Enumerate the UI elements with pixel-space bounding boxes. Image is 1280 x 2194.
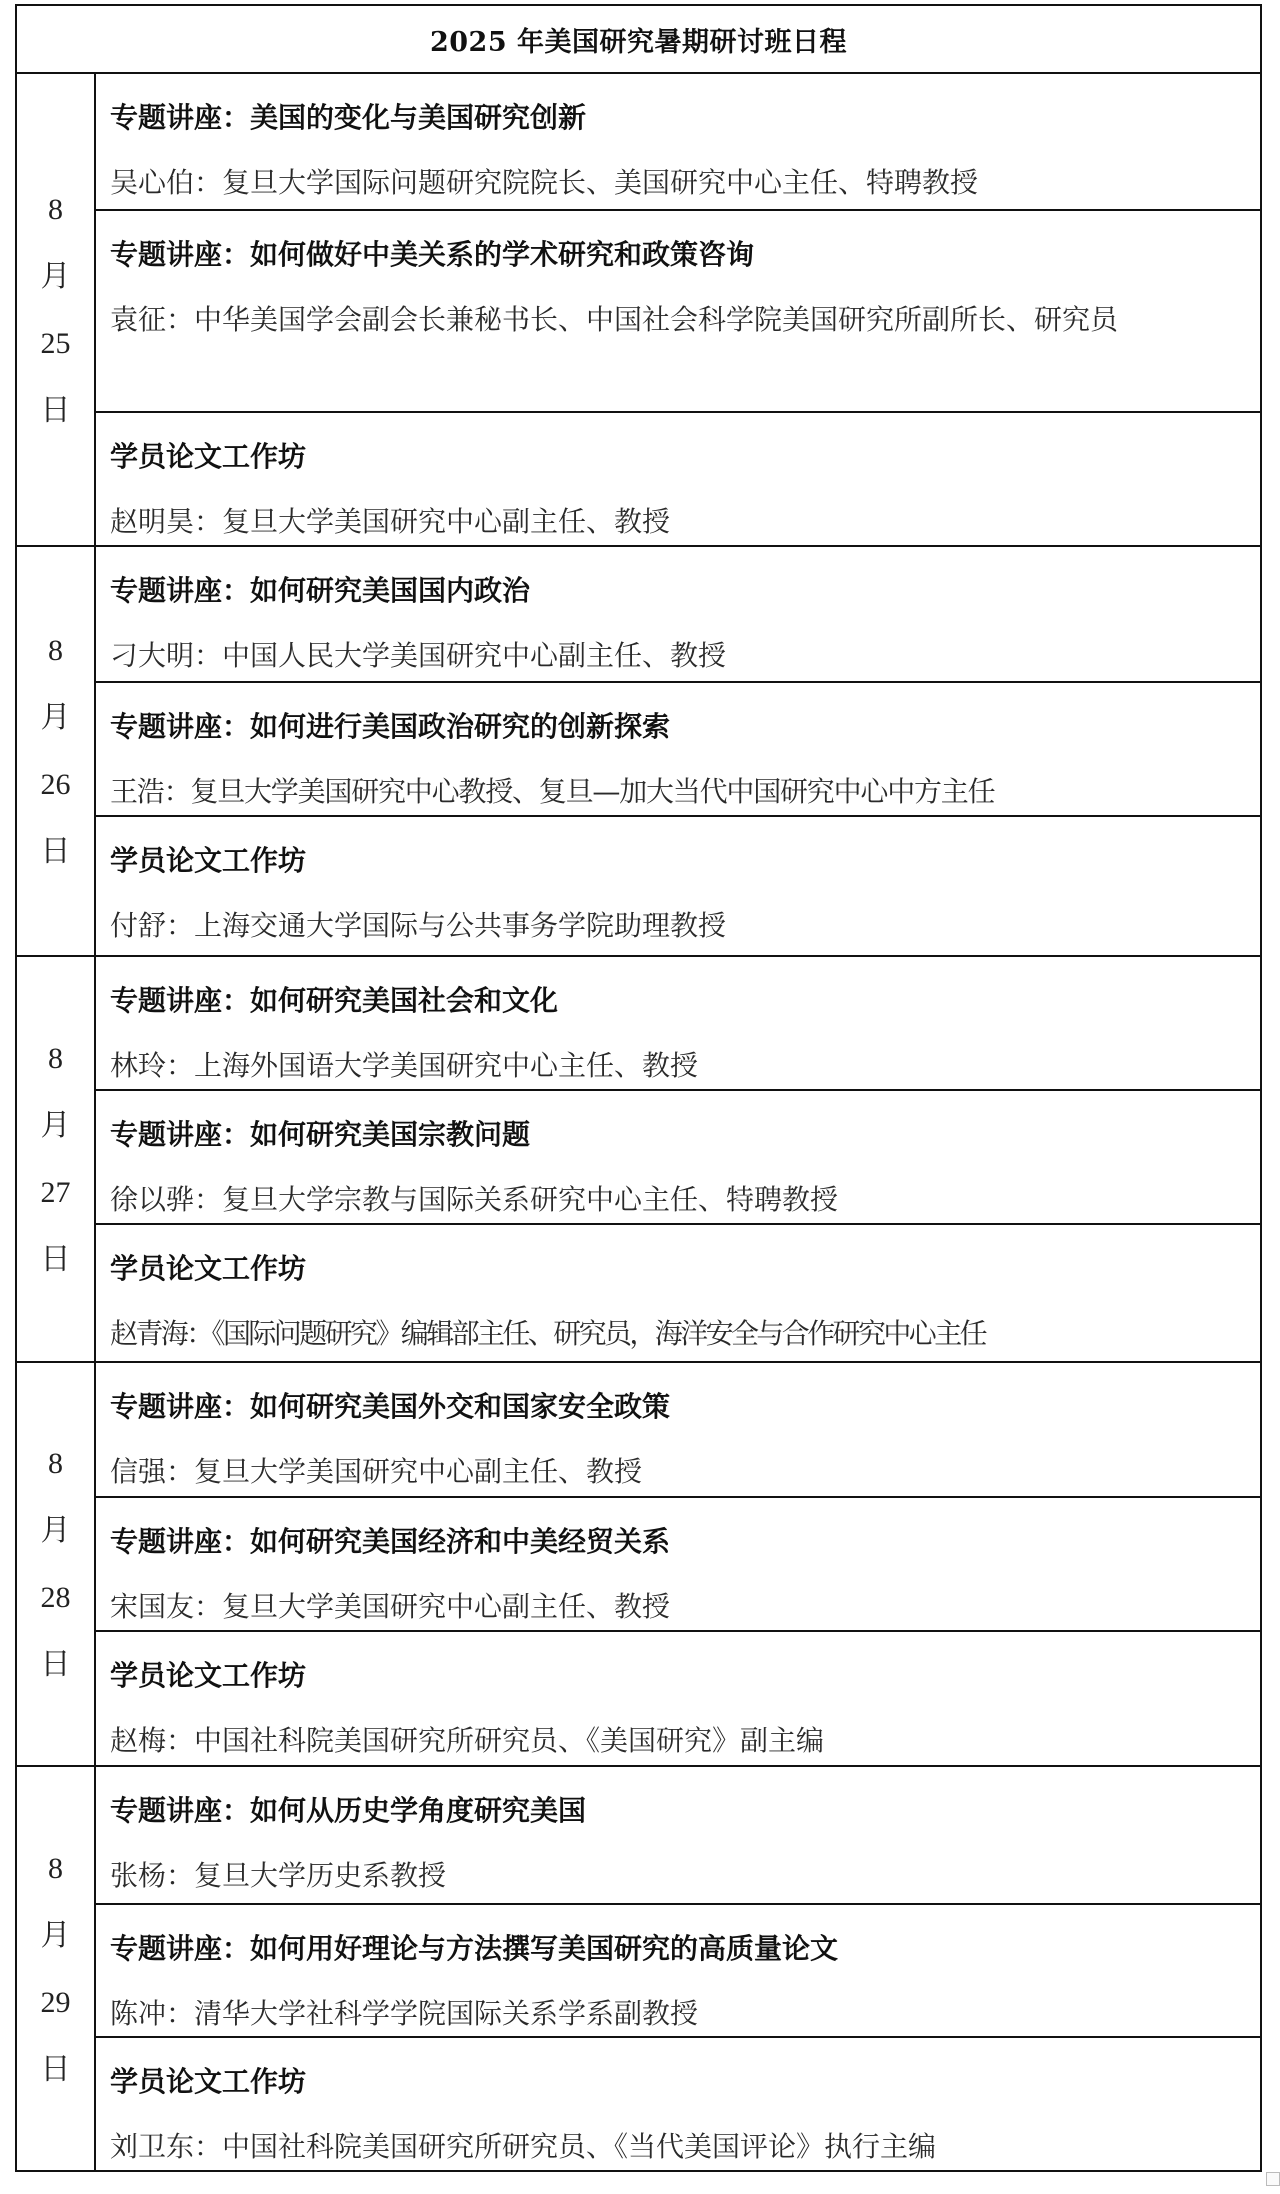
day-group-aug-28: 8 月 28 日 专题讲座：如何研究美国外交和国家安全政策 信强：复旦大学美国研…	[17, 1363, 1260, 1767]
session-title: 专题讲座：如何从历史学角度研究美国	[110, 1779, 1254, 1843]
day-group-aug-26: 8 月 26 日 专题讲座：如何研究美国国内政治 刁大明：中国人民大学美国研究中…	[17, 547, 1260, 957]
day-group-aug-25: 8 月 25 日 专题讲座：美国的变化与美国研究创新 吴心伯：复旦大学国际问题研…	[17, 74, 1260, 547]
date-month-char: 月	[41, 1902, 71, 1969]
date-cell: 8 月 28 日	[17, 1363, 96, 1765]
session-row: 学员论文工作坊 付舒：上海交通大学国际与公共事务学院助理教授	[96, 817, 1260, 955]
session-title: 专题讲座：如何做好中美关系的学术研究和政策咨询	[110, 223, 1254, 287]
date-day-number: 26	[41, 751, 71, 818]
day-group-aug-29: 8 月 29 日 专题讲座：如何从历史学角度研究美国 张杨：复旦大学历史系教授 …	[17, 1767, 1260, 2170]
date-day-char: 日	[41, 377, 71, 444]
date-month-char: 月	[41, 684, 71, 751]
session-speaker: 刘卫东：中国社科院美国研究所研究员、《当代美国评论》执行主编	[110, 2114, 1254, 2170]
date-day-char: 日	[41, 1226, 71, 1293]
session-title: 专题讲座：如何研究美国宗教问题	[110, 1103, 1254, 1167]
session-speaker: 赵明昊：复旦大学美国研究中心副主任、教授	[110, 489, 1254, 545]
session-title: 专题讲座：如何研究美国外交和国家安全政策	[110, 1375, 1254, 1439]
session-list: 专题讲座：美国的变化与美国研究创新 吴心伯：复旦大学国际问题研究院院长、美国研究…	[96, 74, 1260, 545]
date-day-number: 29	[41, 1969, 71, 2036]
session-speaker: 张杨：复旦大学历史系教授	[110, 1843, 1254, 1905]
session-row: 学员论文工作坊 刘卫东：中国社科院美国研究所研究员、《当代美国评论》执行主编	[96, 2038, 1260, 2170]
session-speaker: 林玲：上海外国语大学美国研究中心主任、教授	[110, 1033, 1254, 1091]
date-day-number: 25	[41, 310, 71, 377]
session-speaker: 袁征：中华美国学会副会长兼秘书长、中国社会科学院美国研究所副所长、研究员	[110, 287, 1254, 353]
date-day-number: 27	[41, 1159, 71, 1226]
date-month-number: 8	[48, 1835, 63, 1902]
date-day-char: 日	[41, 818, 71, 885]
date-cell: 8 月 29 日	[17, 1767, 96, 2170]
session-list: 专题讲座：如何研究美国外交和国家安全政策 信强：复旦大学美国研究中心副主任、教授…	[96, 1363, 1260, 1765]
date-month-char: 月	[41, 1092, 71, 1159]
table-title: 2025 年美国研究暑期研讨班日程	[17, 6, 1260, 74]
date-month-number: 8	[48, 1430, 63, 1497]
session-speaker: 信强：复旦大学美国研究中心副主任、教授	[110, 1439, 1254, 1498]
session-list: 专题讲座：如何从历史学角度研究美国 张杨：复旦大学历史系教授 专题讲座：如何用好…	[96, 1767, 1260, 2170]
date-month-char: 月	[41, 1497, 71, 1564]
session-title: 专题讲座：如何进行美国政治研究的创新探索	[110, 695, 1254, 759]
session-list: 专题讲座：如何研究美国国内政治 刁大明：中国人民大学美国研究中心副主任、教授 专…	[96, 547, 1260, 955]
session-row: 学员论文工作坊 赵梅：中国社科院美国研究所研究员、《美国研究》副主编	[96, 1632, 1260, 1765]
session-speaker: 赵梅：中国社科院美国研究所研究员、《美国研究》副主编	[110, 1708, 1254, 1765]
date-month-char: 月	[41, 243, 71, 310]
date-cell: 8 月 26 日	[17, 547, 96, 955]
session-speaker: 陈冲：清华大学社科学学院国际关系学系副教授	[110, 1981, 1254, 2038]
date-month-number: 8	[48, 1025, 63, 1092]
session-title: 学员论文工作坊	[110, 2050, 1254, 2114]
session-row: 学员论文工作坊 赵明昊：复旦大学美国研究中心副主任、教授	[96, 413, 1260, 545]
session-title: 专题讲座：如何研究美国国内政治	[110, 559, 1254, 623]
session-speaker: 徐以骅：复旦大学宗教与国际关系研究中心主任、特聘教授	[110, 1167, 1254, 1224]
date-month-number: 8	[48, 617, 63, 684]
session-speaker: 吴心伯：复旦大学国际问题研究院院长、美国研究中心主任、特聘教授	[110, 150, 1254, 211]
date-cell: 8 月 27 日	[17, 957, 96, 1361]
session-title: 学员论文工作坊	[110, 425, 1254, 489]
schedule-table: 2025 年美国研究暑期研讨班日程 8 月 25 日 专题讲座：美国的变化与美国…	[15, 4, 1262, 2172]
session-speaker: 赵青海：《国际问题研究》编辑部主任、研究员，海洋安全与合作研究中心主任	[110, 1301, 1254, 1361]
session-title: 学员论文工作坊	[110, 829, 1254, 893]
date-day-char: 日	[41, 2036, 71, 2103]
session-row: 专题讲座：如何从历史学角度研究美国 张杨：复旦大学历史系教授	[96, 1767, 1260, 1905]
session-title: 专题讲座：如何研究美国社会和文化	[110, 969, 1254, 1033]
session-row: 专题讲座：如何研究美国社会和文化 林玲：上海外国语大学美国研究中心主任、教授	[96, 957, 1260, 1091]
session-row: 专题讲座：如何研究美国宗教问题 徐以骅：复旦大学宗教与国际关系研究中心主任、特聘…	[96, 1091, 1260, 1224]
date-month-number: 8	[48, 176, 63, 243]
session-title: 专题讲座：美国的变化与美国研究创新	[110, 86, 1254, 150]
session-row: 专题讲座：如何做好中美关系的学术研究和政策咨询 袁征：中华美国学会副会长兼秘书长…	[96, 211, 1260, 412]
session-title: 学员论文工作坊	[110, 1644, 1254, 1708]
session-speaker: 付舒：上海交通大学国际与公共事务学院助理教授	[110, 893, 1254, 955]
session-row: 专题讲座：如何研究美国外交和国家安全政策 信强：复旦大学美国研究中心副主任、教授	[96, 1363, 1260, 1498]
session-row: 专题讲座：如何用好理论与方法撰写美国研究的高质量论文 陈冲：清华大学社科学学院国…	[96, 1905, 1260, 2038]
session-speaker: 宋国友：复旦大学美国研究中心副主任、教授	[110, 1574, 1254, 1631]
session-row: 学员论文工作坊 赵青海：《国际问题研究》编辑部主任、研究员，海洋安全与合作研究中…	[96, 1225, 1260, 1361]
session-title: 学员论文工作坊	[110, 1237, 1254, 1301]
date-day-char: 日	[41, 1631, 71, 1698]
day-group-aug-27: 8 月 27 日 专题讲座：如何研究美国社会和文化 林玲：上海外国语大学美国研究…	[17, 957, 1260, 1363]
session-speaker: 刁大明：中国人民大学美国研究中心副主任、教授	[110, 623, 1254, 683]
session-row: 专题讲座：如何进行美国政治研究的创新探索 王浩：复旦大学美国研究中心教授、复旦—…	[96, 683, 1260, 816]
session-title: 专题讲座：如何用好理论与方法撰写美国研究的高质量论文	[110, 1917, 1254, 1981]
session-speaker: 王浩：复旦大学美国研究中心教授、复旦—加大当代中国研究中心中方主任	[110, 759, 1254, 816]
session-list: 专题讲座：如何研究美国社会和文化 林玲：上海外国语大学美国研究中心主任、教授 专…	[96, 957, 1260, 1361]
date-cell: 8 月 25 日	[17, 74, 96, 545]
date-day-number: 28	[41, 1564, 71, 1631]
session-title: 专题讲座：如何研究美国经济和中美经贸关系	[110, 1510, 1254, 1574]
session-row: 专题讲座：如何研究美国国内政治 刁大明：中国人民大学美国研究中心副主任、教授	[96, 547, 1260, 683]
resize-handle-icon	[1266, 2172, 1280, 2186]
session-row: 专题讲座：美国的变化与美国研究创新 吴心伯：复旦大学国际问题研究院院长、美国研究…	[96, 74, 1260, 211]
session-row: 专题讲座：如何研究美国经济和中美经贸关系 宋国友：复旦大学美国研究中心副主任、教…	[96, 1498, 1260, 1631]
